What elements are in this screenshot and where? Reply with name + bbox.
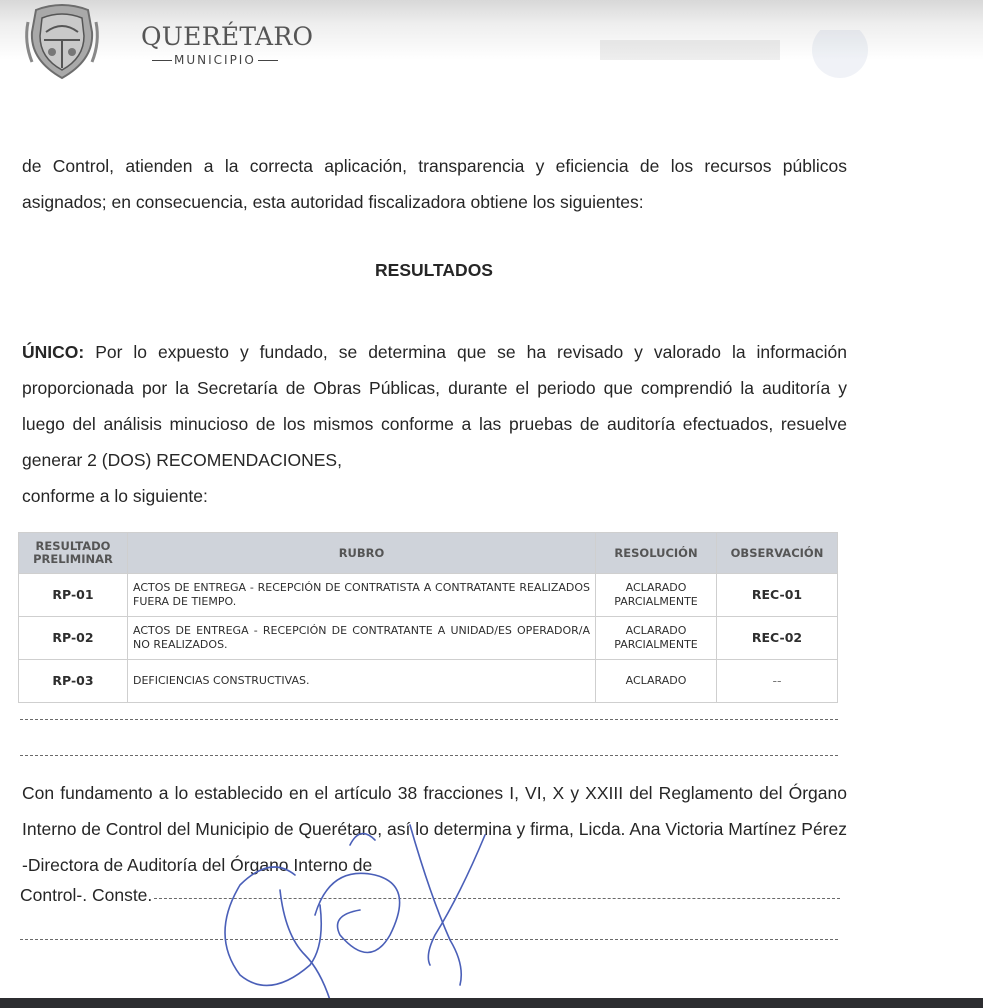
conste-line: Control-. Conste. <box>20 885 840 906</box>
cell-rubro: ACTOS DE ENTREGA - RECEPCIÓN DE CONTRATA… <box>128 617 596 660</box>
unico-paragraph: ÚNICO: Por lo expuesto y fundado, se det… <box>22 334 847 514</box>
table-row: RP-01 ACTOS DE ENTREGA - RECEPCIÓN DE CO… <box>19 574 838 617</box>
closing-paragraph: Con fundamento a lo establecido en el ar… <box>22 775 847 883</box>
cell-resolucion: ACLARADO <box>596 660 717 703</box>
unico-label: ÚNICO: <box>22 342 84 362</box>
cell-resultado: RP-01 <box>19 574 128 617</box>
cell-rubro: ACTOS DE ENTREGA - RECEPCIÓN DE CONTRATI… <box>128 574 596 617</box>
cell-resultado: RP-02 <box>19 617 128 660</box>
dashed-separator <box>20 719 838 720</box>
coat-of-arms-icon <box>22 2 102 82</box>
header-observacion: OBSERVACIÓN <box>717 533 838 574</box>
header-rubro: RUBRO <box>128 533 596 574</box>
municipio-logo: QUERÉTARO MUNICIPIO <box>20 2 320 80</box>
cell-observacion: REC-02 <box>717 617 838 660</box>
conste-text: Control-. Conste. <box>20 885 152 906</box>
cell-resolucion: ACLARADO PARCIALMENTE <box>596 574 717 617</box>
cell-resolucion: ACLARADO PARCIALMENTE <box>596 617 717 660</box>
dashed-separator <box>20 755 838 756</box>
table-row: RP-02 ACTOS DE ENTREGA - RECEPCIÓN DE CO… <box>19 617 838 660</box>
intro-paragraph: de Control, atienden a la correcta aplic… <box>22 148 847 220</box>
table-header-row: RESULTADO PRELIMINAR RUBRO RESOLUCIÓN OB… <box>19 533 838 574</box>
unico-text: Por lo expuesto y fundado, se determina … <box>22 342 847 470</box>
header-resolucion: RESOLUCIÓN <box>596 533 717 574</box>
cell-rubro: DEFICIENCIAS CONSTRUCTIVAS. <box>128 660 596 703</box>
brand-subtitle: MUNICIPIO <box>150 53 280 67</box>
cell-resultado: RP-03 <box>19 660 128 703</box>
brand-name: QUERÉTARO <box>141 22 313 51</box>
header-resultado-preliminar: RESULTADO PRELIMINAR <box>19 533 128 574</box>
results-table: RESULTADO PRELIMINAR RUBRO RESOLUCIÓN OB… <box>18 532 838 703</box>
faint-watermark-logo <box>600 30 880 80</box>
bottom-dark-band <box>0 998 983 1008</box>
cell-observacion: REC-01 <box>717 574 838 617</box>
unico-last-line: conforme a lo siguiente: <box>22 486 208 506</box>
section-heading: RESULTADOS <box>0 260 868 281</box>
table-row: RP-03 DEFICIENCIAS CONSTRUCTIVAS. ACLARA… <box>19 660 838 703</box>
cell-observacion: -- <box>717 660 838 703</box>
dashed-fill <box>154 898 840 899</box>
dashed-separator <box>20 939 838 940</box>
